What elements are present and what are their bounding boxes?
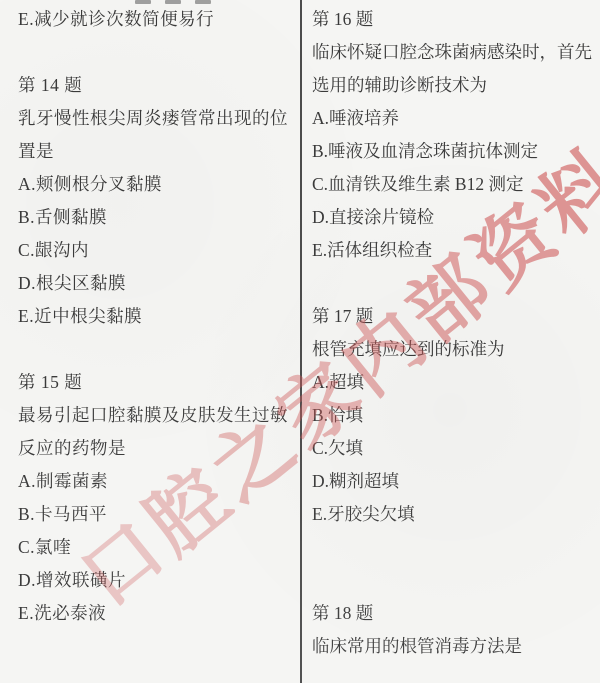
answer-option: A.颊侧根分叉黏膜 xyxy=(18,168,302,201)
question-number: 第 18 题 xyxy=(312,597,598,630)
right-block-2: 第 18 题临床常用的根管消毒方法是 xyxy=(312,597,598,663)
left-column: E.减少就诊次数简便易行第 14 题乳牙慢性根尖周炎瘘管常出现的位置是A.颊侧根… xyxy=(18,3,302,630)
answer-option: E.减少就诊次数简便易行 xyxy=(18,3,302,36)
answer-option: D.糊剂超填 xyxy=(312,465,598,498)
question-stem: 最易引起口腔黏膜及皮肤发生过敏 xyxy=(18,399,302,432)
answer-option: D.直接涂片镜检 xyxy=(312,201,598,234)
question-stem: 置是 xyxy=(18,135,302,168)
answer-option: A.唾液培养 xyxy=(312,102,598,135)
question-stem: 临床怀疑口腔念珠菌病感染时，首先 xyxy=(312,36,598,69)
answer-option: E.牙胶尖欠填 xyxy=(312,498,598,531)
question-stem: 选用的辅助诊断技术为 xyxy=(312,69,598,102)
right-column: 第 16 题临床怀疑口腔念珠菌病感染时，首先选用的辅助诊断技术为A.唾液培养B.… xyxy=(312,3,598,663)
question-number: 第 15 题 xyxy=(18,366,302,399)
answer-option: B.舌侧黏膜 xyxy=(18,201,302,234)
answer-option: A.制霉菌素 xyxy=(18,465,302,498)
left-block-0: E.减少就诊次数简便易行 xyxy=(18,3,302,36)
right-block-1: 第 17 题根管充填应达到的标准为A.超填B.恰填C.欠填D.糊剂超填E.牙胶尖… xyxy=(312,300,598,531)
left-block-1: 第 14 题乳牙慢性根尖周炎瘘管常出现的位置是A.颊侧根分叉黏膜B.舌侧黏膜C.… xyxy=(18,69,302,333)
answer-option: C.龈沟内 xyxy=(18,234,302,267)
right-block-0: 第 16 题临床怀疑口腔念珠菌病感染时，首先选用的辅助诊断技术为A.唾液培养B.… xyxy=(312,3,598,267)
answer-option: E.近中根尖黏膜 xyxy=(18,300,302,333)
answer-option: E.活体组织检查 xyxy=(312,234,598,267)
document-page: E.减少就诊次数简便易行第 14 题乳牙慢性根尖周炎瘘管常出现的位置是A.颊侧根… xyxy=(0,0,600,683)
answer-option: C.血清铁及维生素 B12 测定 xyxy=(312,168,598,201)
question-stem: 反应的药物是 xyxy=(18,432,302,465)
answer-option: E.洗必泰液 xyxy=(18,597,302,630)
answer-option: D.根尖区黏膜 xyxy=(18,267,302,300)
question-number: 第 17 题 xyxy=(312,300,598,333)
answer-option: C.欠填 xyxy=(312,432,598,465)
question-number: 第 16 题 xyxy=(312,3,598,36)
answer-option: A.超填 xyxy=(312,366,598,399)
question-stem: 根管充填应达到的标准为 xyxy=(312,333,598,366)
question-stem: 乳牙慢性根尖周炎瘘管常出现的位 xyxy=(18,102,302,135)
answer-option: B.恰填 xyxy=(312,399,598,432)
answer-option: B.卡马西平 xyxy=(18,498,302,531)
answer-option: D.增效联磺片 xyxy=(18,564,302,597)
question-number: 第 14 题 xyxy=(18,69,302,102)
question-stem: 临床常用的根管消毒方法是 xyxy=(312,630,598,663)
left-block-2: 第 15 题最易引起口腔黏膜及皮肤发生过敏反应的药物是A.制霉菌素B.卡马西平C… xyxy=(18,366,302,630)
answer-option: C.氯喹 xyxy=(18,531,302,564)
answer-option: B.唾液及血清念珠菌抗体测定 xyxy=(312,135,598,168)
